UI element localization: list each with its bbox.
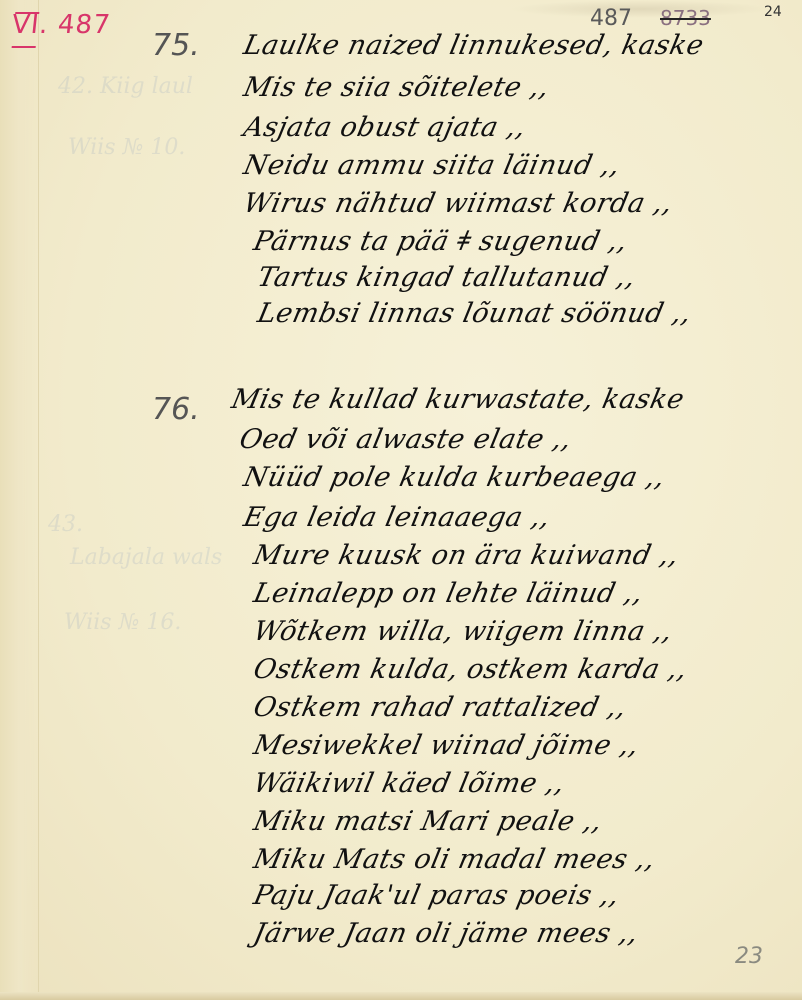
verse-line: Lembsi linnas lõunat söönud ,, (255, 298, 694, 329)
signature-text: VI. 487 (10, 10, 112, 40)
verse-line: Mis te siia sõitelete ,, (241, 72, 552, 103)
ghost-text: Wiis № 10. (68, 135, 185, 160)
verse-line: Asjata obust ajata ,, (241, 112, 529, 143)
verse-line: Laulke naized linnukesed, kaske (241, 30, 707, 61)
verse-line: Wirus nähtud wiimast korda ,, (241, 188, 676, 219)
manuscript-page: 42. Kiig laul Wiis № 10. 43. Labajala wa… (0, 0, 802, 1000)
verse-line: Ostkem kulda, ostkem karda ,, (251, 654, 690, 685)
folio-number-top: 24 (764, 4, 782, 20)
binding-edge (0, 0, 39, 1000)
verse-line: Wäikiwil käed lõime ,, (251, 768, 568, 799)
verse-line: Mure kuusk on ära kuiwand ,, (251, 540, 682, 571)
signature-overline (15, 12, 39, 14)
ghost-text: Labajala wals (70, 545, 222, 570)
signature-underline (12, 46, 36, 48)
verse-line: Tartus kingad tallutanud ,, (255, 262, 639, 293)
ghost-text: 43. (48, 512, 83, 537)
verse-number: 75. (152, 28, 200, 63)
ghost-text: 42. Kiig laul (58, 74, 193, 99)
verse-line: Mis te kullad kurwastate, kaske (229, 384, 688, 415)
ghost-text: Wiis № 16. (64, 610, 181, 635)
archive-signature: VI. 487 (10, 10, 112, 40)
archive-number: 487 (590, 6, 632, 31)
verse-line: Miku matsi Mari peale ,, (251, 806, 605, 837)
crossed-out-number: 8733 (660, 6, 711, 30)
verse-line: Ega leida leinaaega ,, (241, 502, 553, 533)
verse-line: Oed või alwaste elate ,, (237, 424, 575, 455)
verse-line: Nüüd pole kulda kurbeaega ,, (241, 462, 668, 493)
folio-number-bottom: 23 (735, 944, 763, 969)
verse-line: Mesiwekkel wiinad jõime ,, (251, 730, 642, 761)
page-bottom-edge (0, 992, 802, 1000)
verse-number: 76. (152, 392, 200, 427)
verse-line: Leinalepp on lehte läinud ,, (251, 578, 646, 609)
verse-line: Wõtkem willa, wiigem linna ,, (251, 616, 676, 647)
verse-line: Neidu ammu siita läinud ,, (241, 150, 623, 181)
verse-line: Ostkem rahad rattalized ,, (251, 692, 630, 723)
verse-line: Pärnus ta pää ǂ sugenud ,, (251, 226, 631, 257)
verse-line: Järwe Jaan oli jäme mees ,, (251, 918, 641, 949)
paper-fold-shadow (510, 0, 770, 18)
verse-line: Miku Mats oli madal mees ,, (251, 844, 658, 875)
verse-line: Paju Jaak'ul paras poeis ,, (251, 880, 622, 911)
